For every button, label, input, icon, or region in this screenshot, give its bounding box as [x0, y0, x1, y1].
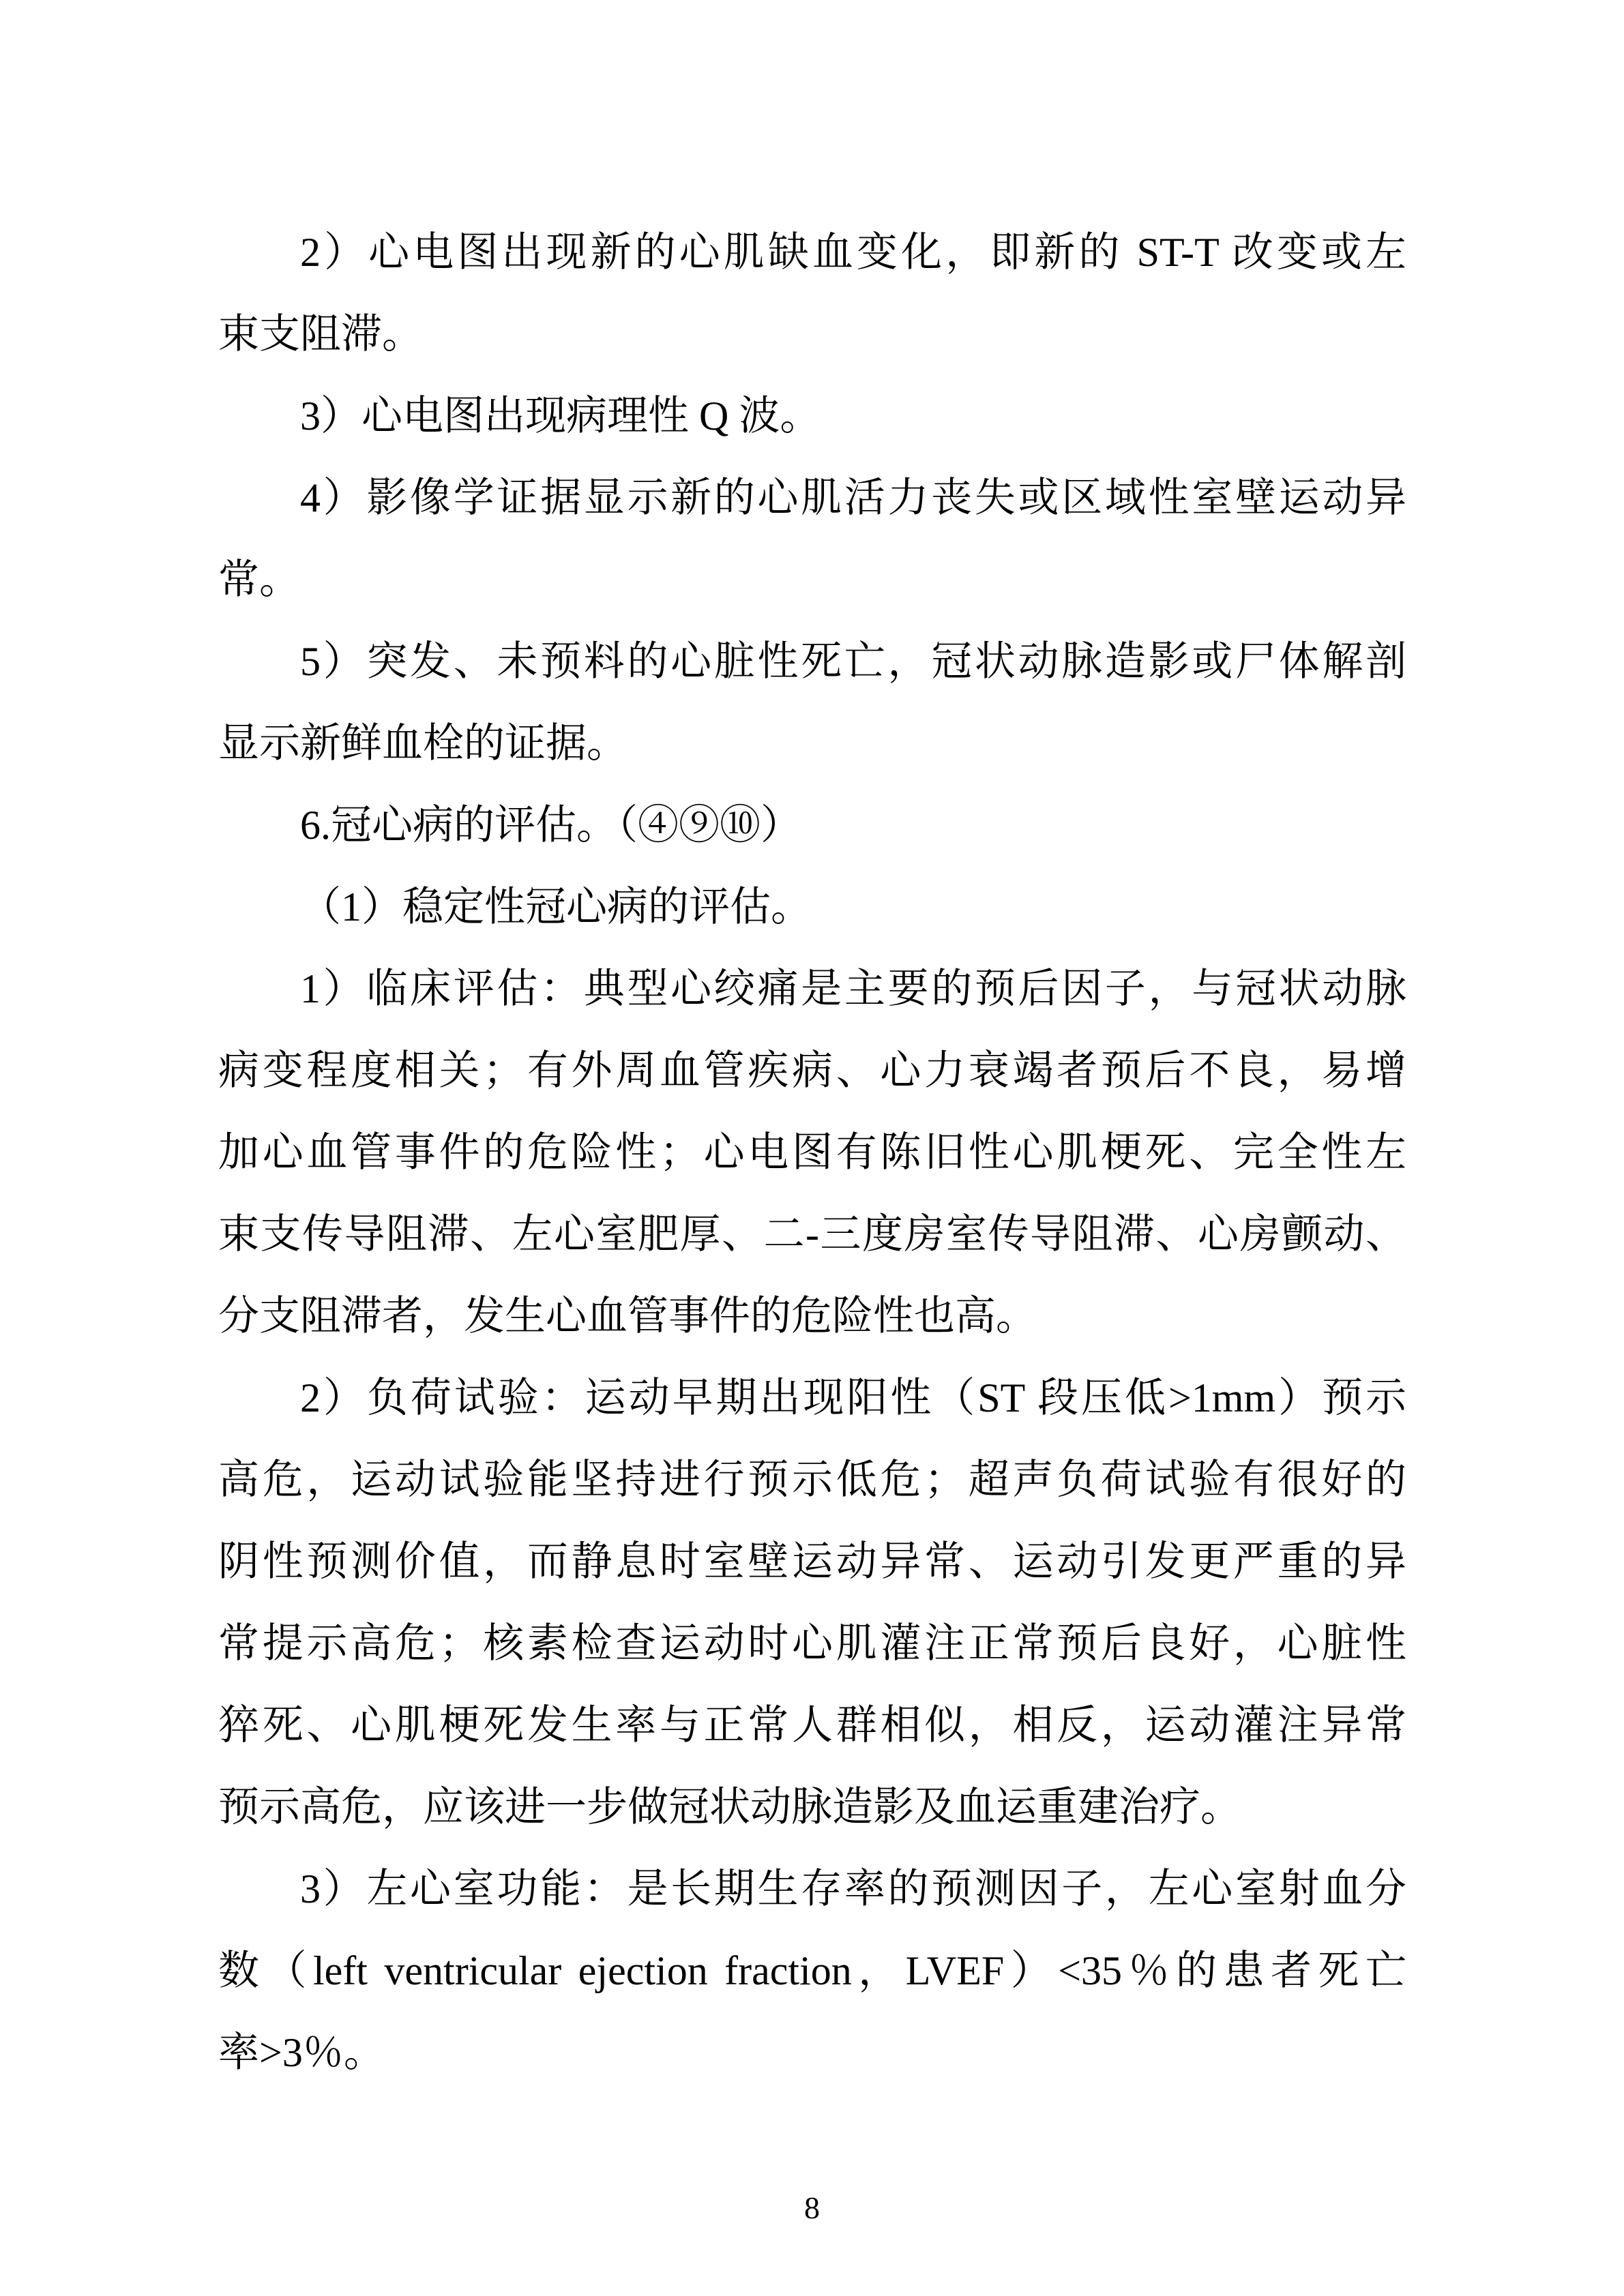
text-line: 数（left ventricular ejection fraction，LVE…: [218, 1930, 1406, 2012]
text-line: 3）左心室功能：是长期生存率的预测因子，左心室射血分: [218, 1848, 1406, 1930]
document-page: 2）心电图出现新的心肌缺血变化，即新的 ST-T 改变或左束支阻滞。3）心电图出…: [0, 0, 1624, 2296]
text-line: 阴性预测价值，而静息时室壁运动异常、运动引发更严重的异: [218, 1521, 1406, 1602]
paragraph: 2）心电图出现新的心肌缺血变化，即新的 ST-T 改变或左束支阻滞。: [218, 211, 1406, 375]
paragraph: 3）左心室功能：是长期生存率的预测因子，左心室射血分数（left ventric…: [218, 1848, 1406, 2093]
text-line: 猝死、心肌梗死发生率与正常人群相似，相反，运动灌注异常: [218, 1684, 1406, 1766]
text-line: 4）影像学证据显示新的心肌活力丧失或区域性室壁运动异: [218, 457, 1406, 539]
document-body: 2）心电图出现新的心肌缺血变化，即新的 ST-T 改变或左束支阻滞。3）心电图出…: [218, 211, 1406, 2093]
paragraph: 5）突发、未预料的心脏性死亡，冠状动脉造影或尸体解剖显示新鲜血栓的证据。: [218, 621, 1406, 784]
text-line: 病变程度相关；有外周血管疾病、心力衰竭者预后不良，易增: [218, 1030, 1406, 1112]
text-line: 率>3％。: [218, 2012, 1406, 2093]
text-line: 常提示高危；核素检查运动时心肌灌注正常预后良好，心脏性: [218, 1602, 1406, 1684]
text-line: 加心血管事件的危险性；心电图有陈旧性心肌梗死、完全性左: [218, 1112, 1406, 1193]
paragraph: 1）临床评估：典型心绞痛是主要的预后因子，与冠状动脉病变程度相关；有外周血管疾病…: [218, 948, 1406, 1357]
text-line: 分支阻滞者，发生心血管事件的危险性也高。: [218, 1275, 1406, 1357]
text-line: 显示新鲜血栓的证据。: [218, 702, 1406, 784]
paragraph: 3）心电图出现病理性 Q 波。: [218, 375, 1406, 457]
text-line: 束支阻滞。: [218, 293, 1406, 375]
text-line: 1）临床评估：典型心绞痛是主要的预后因子，与冠状动脉: [218, 948, 1406, 1030]
text-line: 5）突发、未预料的心脏性死亡，冠状动脉造影或尸体解剖: [218, 621, 1406, 702]
page-footer: 8: [0, 2190, 1624, 2226]
text-line: （1）稳定性冠心病的评估。: [218, 866, 1406, 948]
paragraph: 6.冠心病的评估。（④⑨⑩）: [218, 784, 1406, 866]
text-line: 6.冠心病的评估。（④⑨⑩）: [218, 784, 1406, 866]
text-line: 2）负荷试验：运动早期出现阳性（ST 段压低>1mm）预示: [218, 1357, 1406, 1439]
page-number: 8: [804, 2190, 820, 2226]
paragraph: 2）负荷试验：运动早期出现阳性（ST 段压低>1mm）预示高危，运动试验能坚持进…: [218, 1357, 1406, 1848]
text-line: 2）心电图出现新的心肌缺血变化，即新的 ST-T 改变或左: [218, 211, 1406, 293]
paragraph: （1）稳定性冠心病的评估。: [218, 866, 1406, 948]
text-line: 束支传导阻滞、左心室肥厚、二-三度房室传导阻滞、心房颤动、: [218, 1193, 1406, 1275]
paragraph: 4）影像学证据显示新的心肌活力丧失或区域性室壁运动异常。: [218, 457, 1406, 621]
text-line: 常。: [218, 539, 1406, 621]
text-line: 高危，运动试验能坚持进行预示低危；超声负荷试验有很好的: [218, 1439, 1406, 1521]
text-line: 预示高危，应该进一步做冠状动脉造影及血运重建治疗。: [218, 1766, 1406, 1848]
text-line: 3）心电图出现病理性 Q 波。: [218, 375, 1406, 457]
